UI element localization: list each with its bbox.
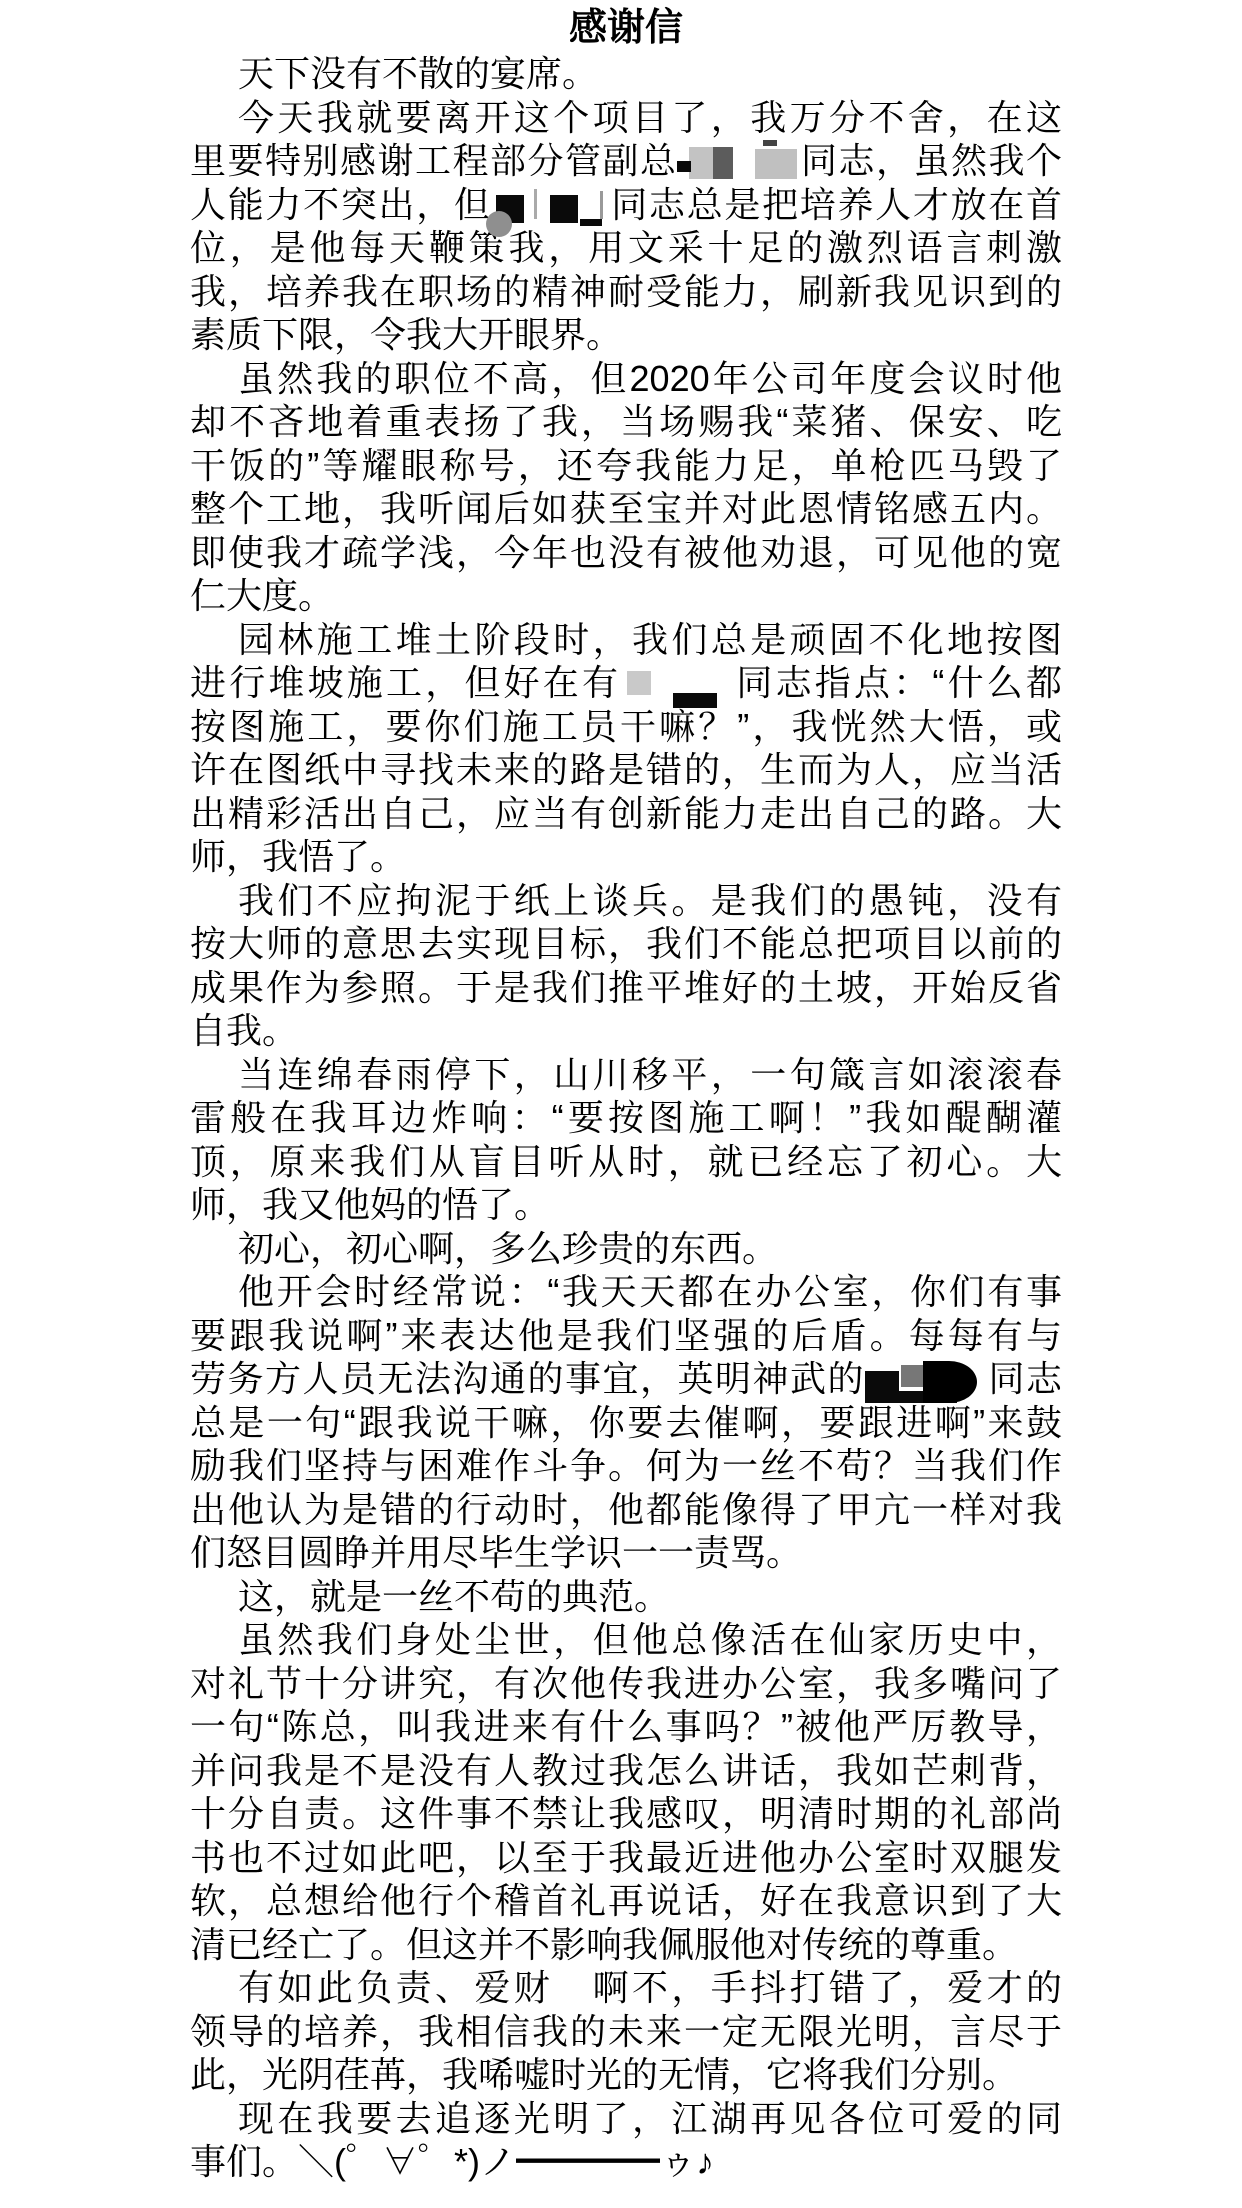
letter-document: 感谢信 天下没有不散的宴席。今天我就要离开这个项目了，我万分不舍，在这里要特别感… [0, 0, 1242, 2208]
text-line: 今天我就要离开这个项目了，我万分不舍，在这 [190, 96, 1062, 140]
text-line: 此，光阴荏苒，我唏嘘时光的无情，它将我们分别。 [190, 2053, 1062, 2097]
text-line: 初心，初心啊，多么珍贵的东西。 [190, 1227, 1062, 1271]
text-line: 出他认为是错的行动时，他都能像得了甲亢一样对我 [190, 1488, 1062, 1532]
text-line: 十分自责。这件事不禁让我感叹，明清时期的礼部尚 [190, 1792, 1062, 1836]
text-line: 虽然我的职位不高，但2020年公司年度会议时他 [190, 357, 1062, 401]
text-line: 并问我是不是没有人教过我怎么讲话，我如芒刺背， [190, 1749, 1062, 1793]
redaction-mark [621, 671, 733, 699]
text-line: 顶，原来我们从盲目听从时，就已经忘了初心。大 [190, 1140, 1062, 1184]
text-line: 按图施工，要你们施工员干嘛？”，我恍然大悟，或 [190, 705, 1062, 749]
text-line: 许在图纸中寻找未来的路是错的，生而为人，应当活 [190, 748, 1062, 792]
text-line: 对礼节十分讲究，有次他传我进办公室，我多嘴问了 [190, 1662, 1062, 1706]
text-line: 成果作为参照。于是我们推平堆好的土坡，开始反省 [190, 966, 1062, 1010]
text-line: 师，我又他妈的悟了。 [190, 1183, 1062, 1227]
text-line: 却不吝地着重表扬了我，当场赐我“菜猪、保安、吃 [190, 400, 1062, 444]
text-line: 他开会时经常说：“我天天都在办公室，你们有事 [190, 1270, 1062, 1314]
text-line: 素质下限，令我大开眼界。 [190, 313, 1062, 357]
text-line: 软，总想给他行个稽首礼再说话，好在我意识到了大 [190, 1879, 1062, 1923]
text-line: 进行堆坡施工，但好在有同志指点：“什么都 [190, 661, 1062, 705]
letter-body: 天下没有不散的宴席。今天我就要离开这个项目了，我万分不舍，在这里要特别感谢工程部… [190, 52, 1062, 2184]
text-line: 出精彩活出自己，应当有创新能力走出自己的路。大 [190, 792, 1062, 836]
text-line: 励我们坚持与困难作斗争。何为一丝不苟？当我们作 [190, 1444, 1062, 1488]
text-line: 一句“陈总，叫我进来有什么事吗？”被他严厉教导， [190, 1705, 1062, 1749]
letter-title: 感谢信 [190, 4, 1062, 52]
text-line: 位，是他每天鞭策我，用文采十足的激烈语言刺激 [190, 226, 1062, 270]
text-line: 雷般在我耳边炸响：“要按图施工啊！”我如醍醐灌 [190, 1096, 1062, 1140]
redaction-mark [865, 1367, 987, 1395]
text-line: 清已经亡了。但这并不影响我佩服他对传统的尊重。 [190, 1923, 1062, 1967]
text-line: 天下没有不散的宴席。 [190, 52, 1062, 96]
text-line: 人能力不突出，但同志总是把培养人才放在首 [190, 183, 1062, 227]
text-line: 师，我悟了。 [190, 835, 1062, 879]
text-line: 这，就是一丝不苟的典范。 [190, 1575, 1062, 1619]
text-line: 里要特别感谢工程部分管副总同志，虽然我个 [190, 139, 1062, 183]
text-line: 事们。＼(゜∀゜*)ノ━━━━ゥ♪ [190, 2140, 1062, 2184]
text-line: 们怒目圆睁并用尽毕生学识一一责骂。 [190, 1531, 1062, 1575]
text-line: 劳务方人员无法沟通的事宜，英明神武的同志 [190, 1357, 1062, 1401]
redaction-mark [492, 193, 610, 221]
text-line: 干饭的”等耀眼称号，还夸我能力足，单枪匹马毁了 [190, 444, 1062, 488]
text-line: 按大师的意思去实现目标，我们不能总把项目以前的 [190, 922, 1062, 966]
text-line: 书也不过如此吧，以至于我最近进他办公室时双腿发 [190, 1836, 1062, 1880]
text-line: 整个工地，我听闻后如获至宝并对此恩情铭感五内。 [190, 487, 1062, 531]
text-line: 有如此负责、爱财 啊不，手抖打错了，爱才的 [190, 1966, 1062, 2010]
text-line: 我，培养我在职场的精神耐受能力，刷新我见识到的 [190, 270, 1062, 314]
text-line: 园林施工堆土阶段时，我们总是顽固不化地按图 [190, 618, 1062, 662]
text-line: 虽然我们身处尘世，但他总像活在仙家历史中， [190, 1618, 1062, 1662]
text-line: 我们不应拘泥于纸上谈兵。是我们的愚钝，没有 [190, 879, 1062, 923]
text-line: 自我。 [190, 1009, 1062, 1053]
text-line: 要跟我说啊”来表达他是我们坚强的后盾。每每有与 [190, 1314, 1062, 1358]
text-line: 总是一句“跟我说干嘛，你要去催啊，要跟进啊”来鼓 [190, 1401, 1062, 1445]
text-line: 领导的培养，我相信我的未来一定无限光明，言尽于 [190, 2010, 1062, 2054]
redaction-mark [677, 149, 799, 177]
text-line: 当连绵春雨停下，山川移平，一句箴言如滚滚春 [190, 1053, 1062, 1097]
text-line: 现在我要去追逐光明了，江湖再见各位可爱的同 [190, 2097, 1062, 2141]
text-line: 即使我才疏学浅，今年也没有被他劝退，可见他的宽 [190, 531, 1062, 575]
text-line: 仁大度。 [190, 574, 1062, 618]
